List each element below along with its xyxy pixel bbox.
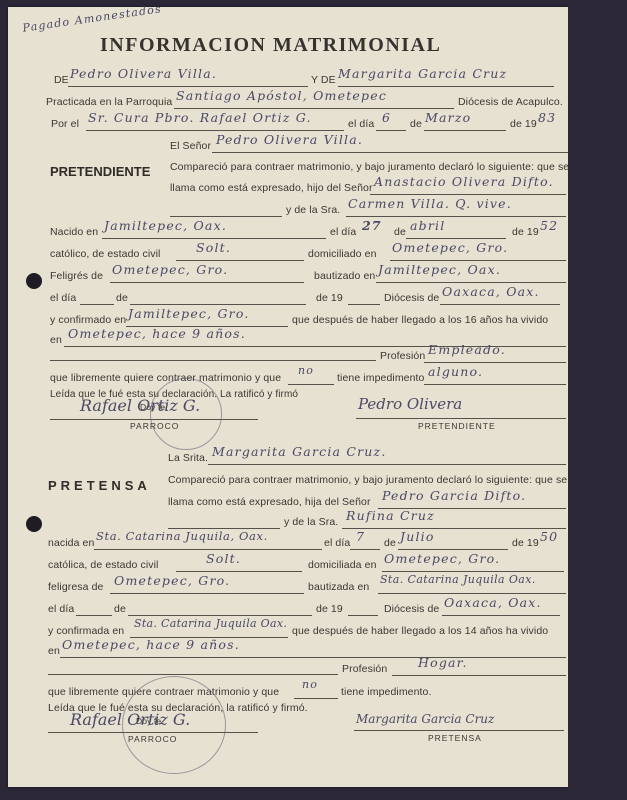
- birth-day-value: 27: [362, 218, 382, 233]
- baptism-day-line: [80, 304, 114, 305]
- domiciliado-label: domiciliado en: [308, 248, 377, 260]
- birth-month-line: [398, 549, 508, 550]
- birthplace-line: [102, 238, 326, 239]
- lived-in-value: Ometepec, hace 9 años.: [62, 637, 240, 652]
- pretensa-caption: PRETENSA: [428, 733, 482, 743]
- impediment-answer-value: no: [298, 364, 314, 377]
- baptized-in-value: Jamiltepec, Oax.: [378, 262, 501, 277]
- birthplace-line: [94, 549, 322, 550]
- mother-label: y de la Sra.: [284, 516, 338, 528]
- mother-value: Rufina Cruz: [346, 508, 435, 523]
- birth-year-value: 52: [540, 218, 558, 233]
- blank-line: [48, 674, 338, 675]
- month-line: [424, 130, 506, 131]
- catolico-label: católico, de estado civil: [50, 248, 160, 260]
- civil-status-value: Solt.: [206, 551, 241, 566]
- after-age-text: que después de haber llegado a los 14 añ…: [292, 625, 548, 637]
- birth-year-value: 50: [540, 529, 558, 544]
- birth-day-value: 7: [356, 529, 365, 544]
- bautizada-label: bautizada en: [308, 581, 369, 593]
- groom-signature-line: [356, 418, 566, 419]
- domicile-line: [382, 571, 564, 572]
- birthplace-value: Jamiltepec, Oax.: [104, 218, 227, 233]
- year-prefix: de 19: [512, 226, 539, 238]
- impediment-answer-line: [288, 384, 334, 385]
- lived-in-line: [60, 657, 566, 658]
- mother-line: [346, 216, 566, 217]
- de-label: de: [394, 226, 406, 238]
- diocese-value: Oaxaca, Oax.: [444, 595, 542, 610]
- domiciliada-label: domiciliada en: [308, 559, 377, 571]
- diocesis-label: Diócesis de: [384, 603, 439, 615]
- por-el-label: Por el: [51, 118, 79, 130]
- de-label: de: [114, 603, 126, 615]
- day-value: 6: [382, 110, 391, 125]
- father-line: [370, 194, 566, 195]
- blank-line: [170, 216, 282, 217]
- de-label: de: [410, 118, 422, 130]
- scan-background: [568, 0, 627, 800]
- father-value: Pedro Garcia Difto.: [382, 488, 526, 503]
- senor-label: El Señor: [170, 140, 211, 152]
- parish-of-line: [110, 593, 304, 594]
- baptism-month-line: [130, 304, 306, 305]
- declaration-text: llama como está expresado, hijo del Seño…: [170, 182, 373, 194]
- de-label: DE: [54, 74, 69, 86]
- nacida-label: nacida en: [48, 537, 94, 549]
- civil-status-value: Solt.: [196, 240, 231, 255]
- blank-line: [50, 360, 376, 361]
- baptized-in-line: [378, 593, 566, 594]
- groom-full-name-line: [212, 152, 568, 153]
- birth-day-line: [350, 549, 380, 550]
- en-label: en: [48, 645, 60, 657]
- mother-line: [342, 528, 566, 529]
- officiant-line: [86, 130, 344, 131]
- officiant-value: Sr. Cura Pbro. Rafael Ortiz G.: [88, 110, 312, 125]
- parish-seal-stamp: [150, 378, 222, 450]
- bautizado-label: bautizado en: [314, 270, 375, 282]
- bride-signature-line: [354, 730, 564, 731]
- de19-label: de 19: [316, 292, 343, 304]
- feligres-label: Feligrés de: [50, 270, 103, 282]
- groom-signature: Pedro Olivera: [358, 395, 462, 413]
- el-dia-label: el día: [348, 118, 374, 130]
- parish-of-value: Ometepec, Gro.: [114, 573, 230, 588]
- profesion-label: Profesión: [380, 350, 425, 362]
- impediment-note-value: alguno.: [428, 364, 483, 379]
- bride-name-value: Margarita Garcia Cruz: [338, 66, 507, 81]
- father-value: Anastacio Olivera Difto.: [374, 174, 554, 189]
- impediment-answer-line: [294, 698, 338, 699]
- birthplace-value: Sta. Catarina Juquila, Oax.: [96, 529, 268, 543]
- punch-hole: [26, 273, 42, 289]
- declaration-text: Compareció para contraer matrimonio, y b…: [168, 474, 567, 486]
- srita-label: La Srita.: [168, 452, 208, 464]
- document-title: INFORMACION MATRIMONIAL: [100, 34, 441, 57]
- section-pretensa: PRETENSA: [48, 478, 151, 493]
- el-dia-label: el día: [330, 226, 356, 238]
- baptism-day-line: [76, 615, 112, 616]
- parroquia-line: [174, 108, 454, 109]
- day-line: [376, 130, 406, 131]
- after-age-text: que después de haber llegado a los 16 añ…: [292, 314, 548, 326]
- profesion-label: Profesión: [342, 663, 387, 675]
- parroquia-label: Practicada en la Parroquia: [46, 96, 172, 108]
- nacido-label: Nacido en: [50, 226, 98, 238]
- impediment-answer-value: no: [302, 678, 318, 691]
- bride-full-name-value: Margarita Garcia Cruz.: [212, 444, 387, 459]
- baptized-in-line: [376, 282, 566, 283]
- el-dia-label: el día: [324, 537, 350, 549]
- lived-in-value: Ometepec, hace 9 años.: [68, 326, 246, 341]
- confirmed-in-value: Sta. Catarina Juquila Oax.: [134, 617, 287, 630]
- baptism-year-line: [348, 615, 378, 616]
- year-value: 83: [538, 110, 556, 125]
- diocesis-label: Diócesis de: [384, 292, 439, 304]
- impedimento-label: tiene impedimento.: [341, 686, 432, 698]
- bride-signature: Margarita Garcia Cruz: [356, 712, 494, 726]
- libremente-text: que libremente quiere contraer matrimoni…: [50, 372, 281, 384]
- de19-label: de 19: [316, 603, 343, 615]
- groom-name-line: [68, 86, 308, 87]
- birth-month-value: abril: [410, 218, 445, 233]
- domicile-value: Ometepec, Gro.: [392, 240, 508, 255]
- month-value: Marzo: [425, 110, 471, 125]
- profession-value: Empleado.: [428, 342, 506, 357]
- bride-full-name-line: [208, 464, 566, 465]
- confirmado-label: y confirmado en: [50, 314, 126, 326]
- baptism-year-line: [348, 304, 380, 305]
- parish-of-line: [110, 282, 304, 283]
- parroquia-value: Santiago Apóstol, Ometepec: [176, 88, 387, 103]
- y-de-label: Y DE: [311, 74, 336, 86]
- year-prefix: de 19: [512, 537, 539, 549]
- en-label: en: [50, 334, 62, 346]
- profession-value: Hogar.: [418, 655, 468, 670]
- baptism-month-line: [128, 615, 312, 616]
- year-prefix: de 19: [510, 118, 537, 130]
- confirmada-label: y confirmada en: [48, 625, 124, 637]
- impediment-note-line: [424, 384, 566, 385]
- el-dia-label: el día: [50, 292, 76, 304]
- groom-full-name-value: Pedro Olivera Villa.: [216, 132, 363, 147]
- profession-line: [424, 362, 566, 363]
- punch-hole: [26, 516, 42, 532]
- domicile-value: Ometepec, Gro.: [384, 551, 500, 566]
- civil-status-line: [176, 260, 304, 261]
- civil-status-line: [176, 571, 302, 572]
- diocese-line: [442, 615, 560, 616]
- mother-value: Carmen Villa. Q. vive.: [348, 196, 512, 211]
- de-label: de: [384, 537, 396, 549]
- pretendiente-caption: PRETENDIENTE: [418, 421, 496, 431]
- impedimento-label: tiene impedimento: [337, 372, 425, 384]
- catolica-label: católica, de estado civil: [48, 559, 158, 571]
- declaration-text: Compareció para contraer matrimonio, y b…: [170, 161, 569, 173]
- domicile-line: [390, 260, 566, 261]
- birth-month-value: Julio: [400, 529, 435, 544]
- birth-month-line: [406, 238, 506, 239]
- mother-label: y de la Sra.: [286, 204, 340, 216]
- confirmed-in-value: Jamiltepec, Gro.: [128, 306, 250, 321]
- parish-of-value: Ometepec, Gro.: [112, 262, 228, 277]
- bride-name-line: [338, 86, 554, 87]
- profession-line: [392, 675, 566, 676]
- parish-seal-stamp: [122, 676, 226, 774]
- diocese-value: Oaxaca, Oax.: [442, 284, 540, 299]
- diocese-line: [440, 304, 560, 305]
- feligresa-label: feligresa de: [48, 581, 103, 593]
- diocesis-acapulco-label: Diócesis de Acapulco.: [458, 96, 563, 108]
- de-label: de: [116, 292, 128, 304]
- section-pretendiente: PRETENDIENTE: [50, 164, 150, 179]
- declaration-text: llama como está expresado, hija del Seño…: [168, 496, 371, 508]
- el-dia-label: el día: [48, 603, 74, 615]
- baptized-in-value: Sta. Catarina Juquila Oax.: [380, 573, 536, 586]
- groom-name-value: Pedro Olivera Villa.: [70, 66, 217, 81]
